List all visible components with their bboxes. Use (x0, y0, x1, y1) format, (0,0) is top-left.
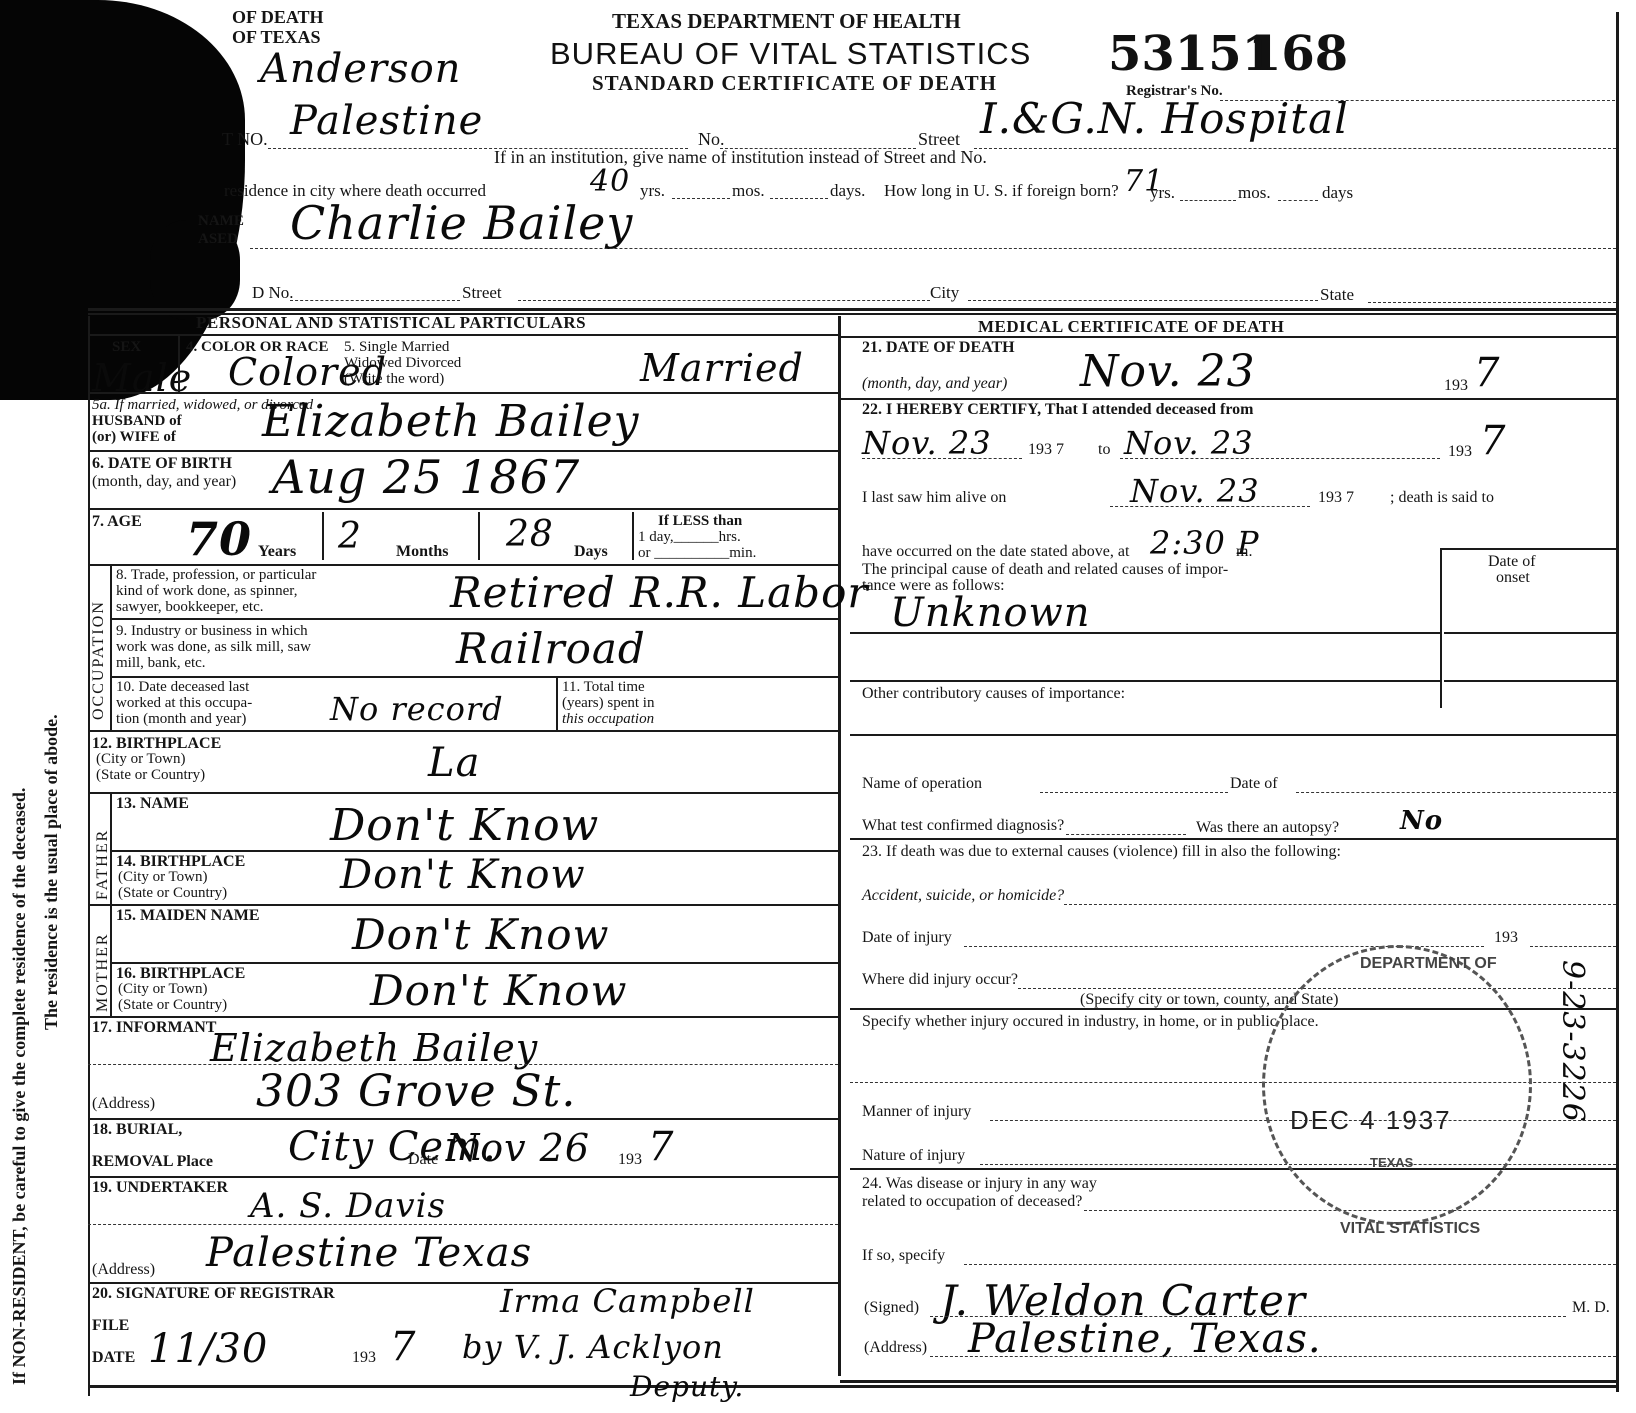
trade-value: Retired R.R. Labor (450, 568, 868, 617)
mother-maiden-name: Don't Know (352, 910, 609, 959)
undertaker-name: A. S. Davis (250, 1186, 446, 1226)
header-dept: TEXAS DEPARTMENT OF HEALTH (612, 10, 961, 32)
header-left-title: OF TEXAS (232, 28, 321, 47)
age-years: 70 (186, 512, 252, 566)
last-worked-value: No record (330, 690, 504, 728)
informant-address: 303 Grove St. (256, 1066, 576, 1117)
medical-section-title: MEDICAL CERTIFICATE OF DEATH (978, 318, 1284, 336)
city-value: Palestine (290, 98, 483, 144)
date-of-death: Nov. 23 (1080, 346, 1256, 397)
deputy-signature: by V. J. Acklyon (462, 1328, 724, 1366)
birthplace-value: La (428, 740, 480, 786)
stamp-date: DEC 4 1937 (1290, 1105, 1452, 1136)
attended-to: Nov. 23 (1124, 424, 1254, 462)
undertaker-address: Palestine Texas (206, 1230, 532, 1276)
father-side-label: FATHER (92, 829, 112, 900)
deceased-name: Charlie Bailey (290, 196, 633, 250)
father-name: Don't Know (330, 800, 599, 851)
mother-birthplace: Don't Know (370, 966, 627, 1015)
cause-of-death: Unknown (890, 590, 1091, 636)
father-birthplace: Don't Know (340, 852, 586, 898)
registrar-number: 168 (1248, 26, 1348, 82)
residence-years: 40 (590, 164, 630, 199)
margin-note: The residence is the usual place of abod… (42, 714, 61, 1030)
header-certificate: STANDARD CERTIFICATE OF DEATH (592, 72, 997, 94)
attended-from: Nov. 23 (862, 424, 992, 462)
spouse-value: Elizabeth Bailey (262, 396, 640, 447)
file-date: 11/30 (148, 1326, 268, 1372)
bureau-received-stamp (1262, 945, 1532, 1225)
institution-note: If in an institution, give name of insti… (494, 148, 987, 167)
occupation-side-label: OCCUPATION (88, 600, 108, 720)
deputy-label: Deputy. (630, 1370, 744, 1403)
city-label: T NO. (222, 130, 268, 149)
mother-side-label: MOTHER (92, 932, 112, 1012)
personal-section-title: PERSONAL AND STATISTICAL PARTICULARS (196, 314, 586, 332)
autopsy-value: No (1400, 806, 1443, 836)
header-left-title: OF DEATH (232, 8, 324, 27)
marital-value: Married (640, 346, 804, 390)
street-value: I.&G.N. Hospital (980, 94, 1349, 143)
last-saw-date: Nov. 23 (1130, 472, 1260, 510)
age-days: 28 (506, 514, 554, 555)
industry-value: Railroad (456, 624, 646, 673)
age-months: 2 (338, 516, 362, 557)
margin-handwritten-number: 9-23-3226 (1555, 960, 1590, 1123)
margin-note: If NON-RESIDENT, be careful to give the … (10, 788, 29, 1385)
county-value: Anderson (260, 46, 461, 92)
registrar-signature: Irma Campbell (500, 1282, 755, 1320)
burial-date: Nov 26 (446, 1126, 590, 1170)
dob-value: Aug 25 1867 (272, 450, 580, 504)
foreign-born-label: How long in U. S. if foreign born? (884, 182, 1119, 200)
header-bureau: BUREAU OF VITAL STATISTICS (550, 36, 1031, 72)
